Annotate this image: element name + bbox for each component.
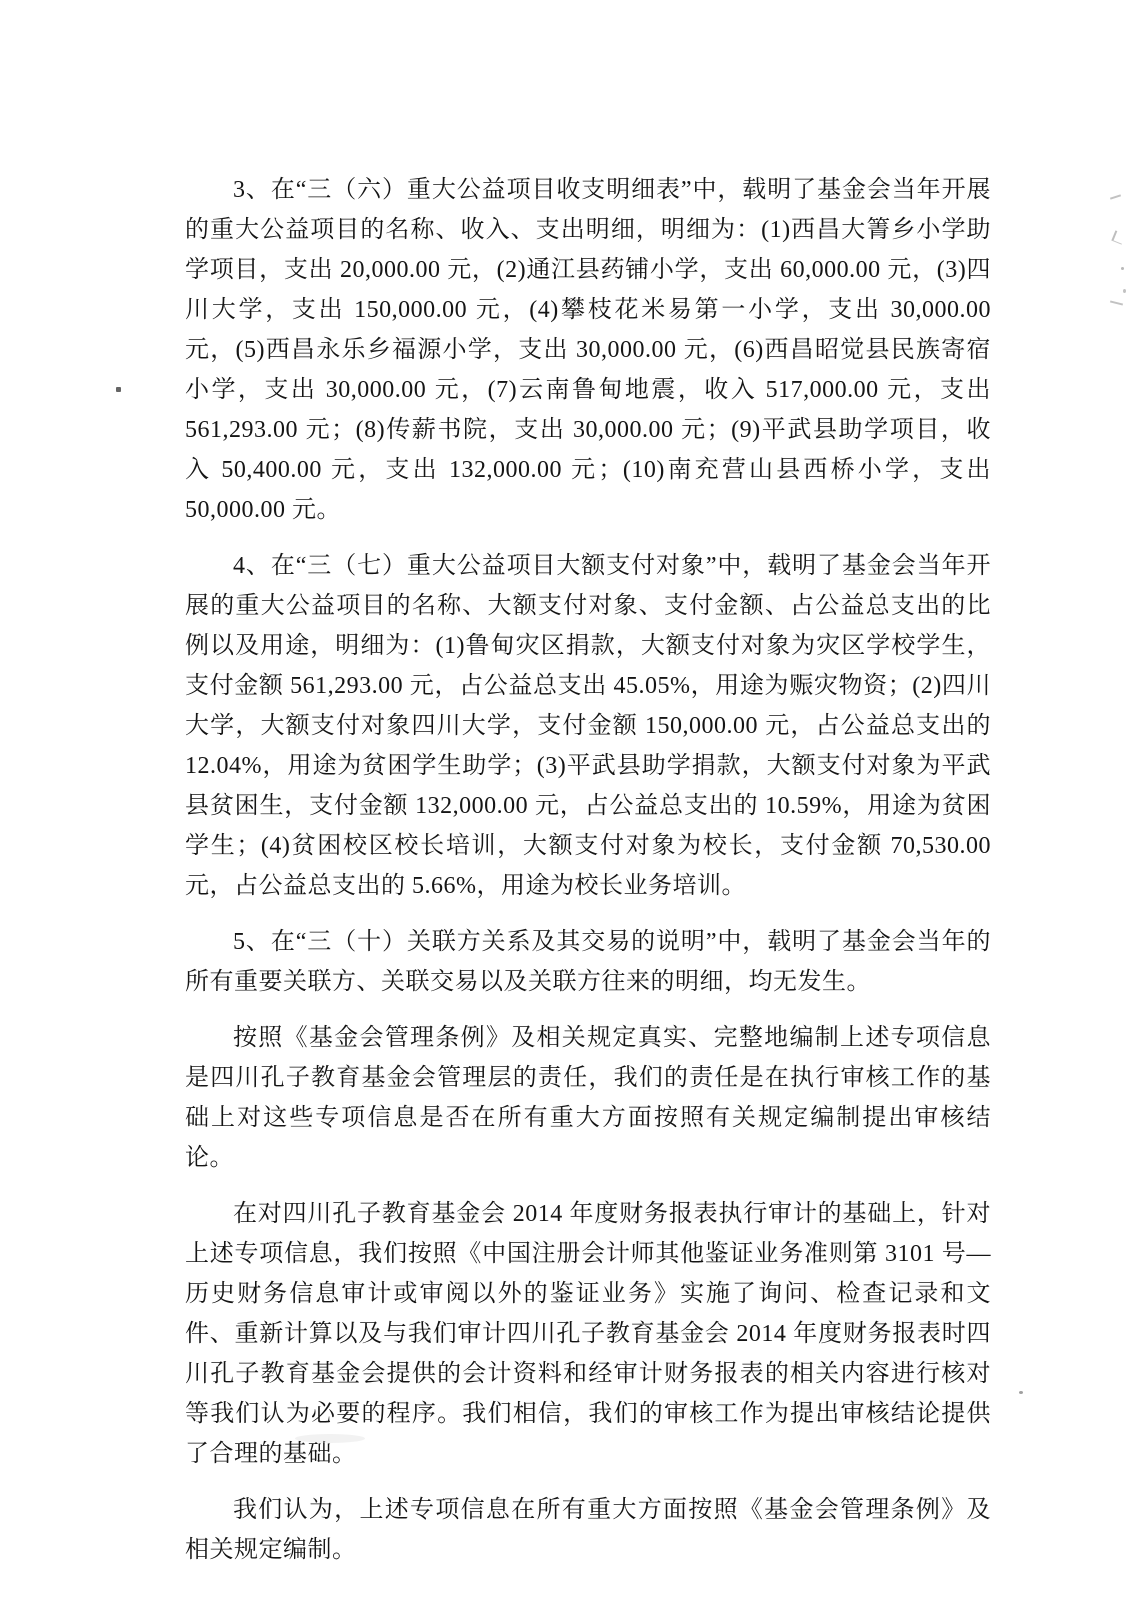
document-body: 3、在“三（六）重大公益项目收支明细表”中，载明了基金会当年开展的重大公益项目的…: [185, 170, 991, 1586]
scan-speck-left-margin: [116, 387, 121, 392]
scan-speck-right-edge: [1110, 300, 1123, 305]
scan-speck-right-edge: [1110, 194, 1121, 199]
scan-speck-right-edge: [1111, 230, 1125, 244]
scanned-document-page: 3、在“三（六）重大公益项目收支明细表”中，载明了基金会当年开展的重大公益项目的…: [0, 0, 1128, 1600]
paragraph-item-5: 5、在“三（十）关联方关系及其交易的说明”中，载明了基金会当年的所有重要关联方、…: [185, 922, 991, 1002]
paragraph-responsibility: 按照《基金会管理条例》及相关规定真实、完整地编制上述专项信息是四川孔子教育基金会…: [185, 1018, 991, 1178]
paragraph-item-4: 4、在“三（七）重大公益项目大额支付对象”中，载明了基金会当年开展的重大公益项目…: [185, 546, 991, 906]
scan-speck-right-edge: [1123, 289, 1126, 293]
scan-speck-bottom: [1019, 1391, 1023, 1394]
paragraph-conclusion: 我们认为，上述专项信息在所有重大方面按照《基金会管理条例》及相关规定编制。: [185, 1490, 991, 1570]
paragraph-item-3: 3、在“三（六）重大公益项目收支明细表”中，载明了基金会当年开展的重大公益项目的…: [185, 170, 991, 530]
scan-speck-right-edge: [1121, 267, 1124, 270]
paragraph-audit-basis: 在对四川孔子教育基金会 2014 年度财务报表执行审计的基础上，针对上述专项信息…: [185, 1194, 991, 1474]
